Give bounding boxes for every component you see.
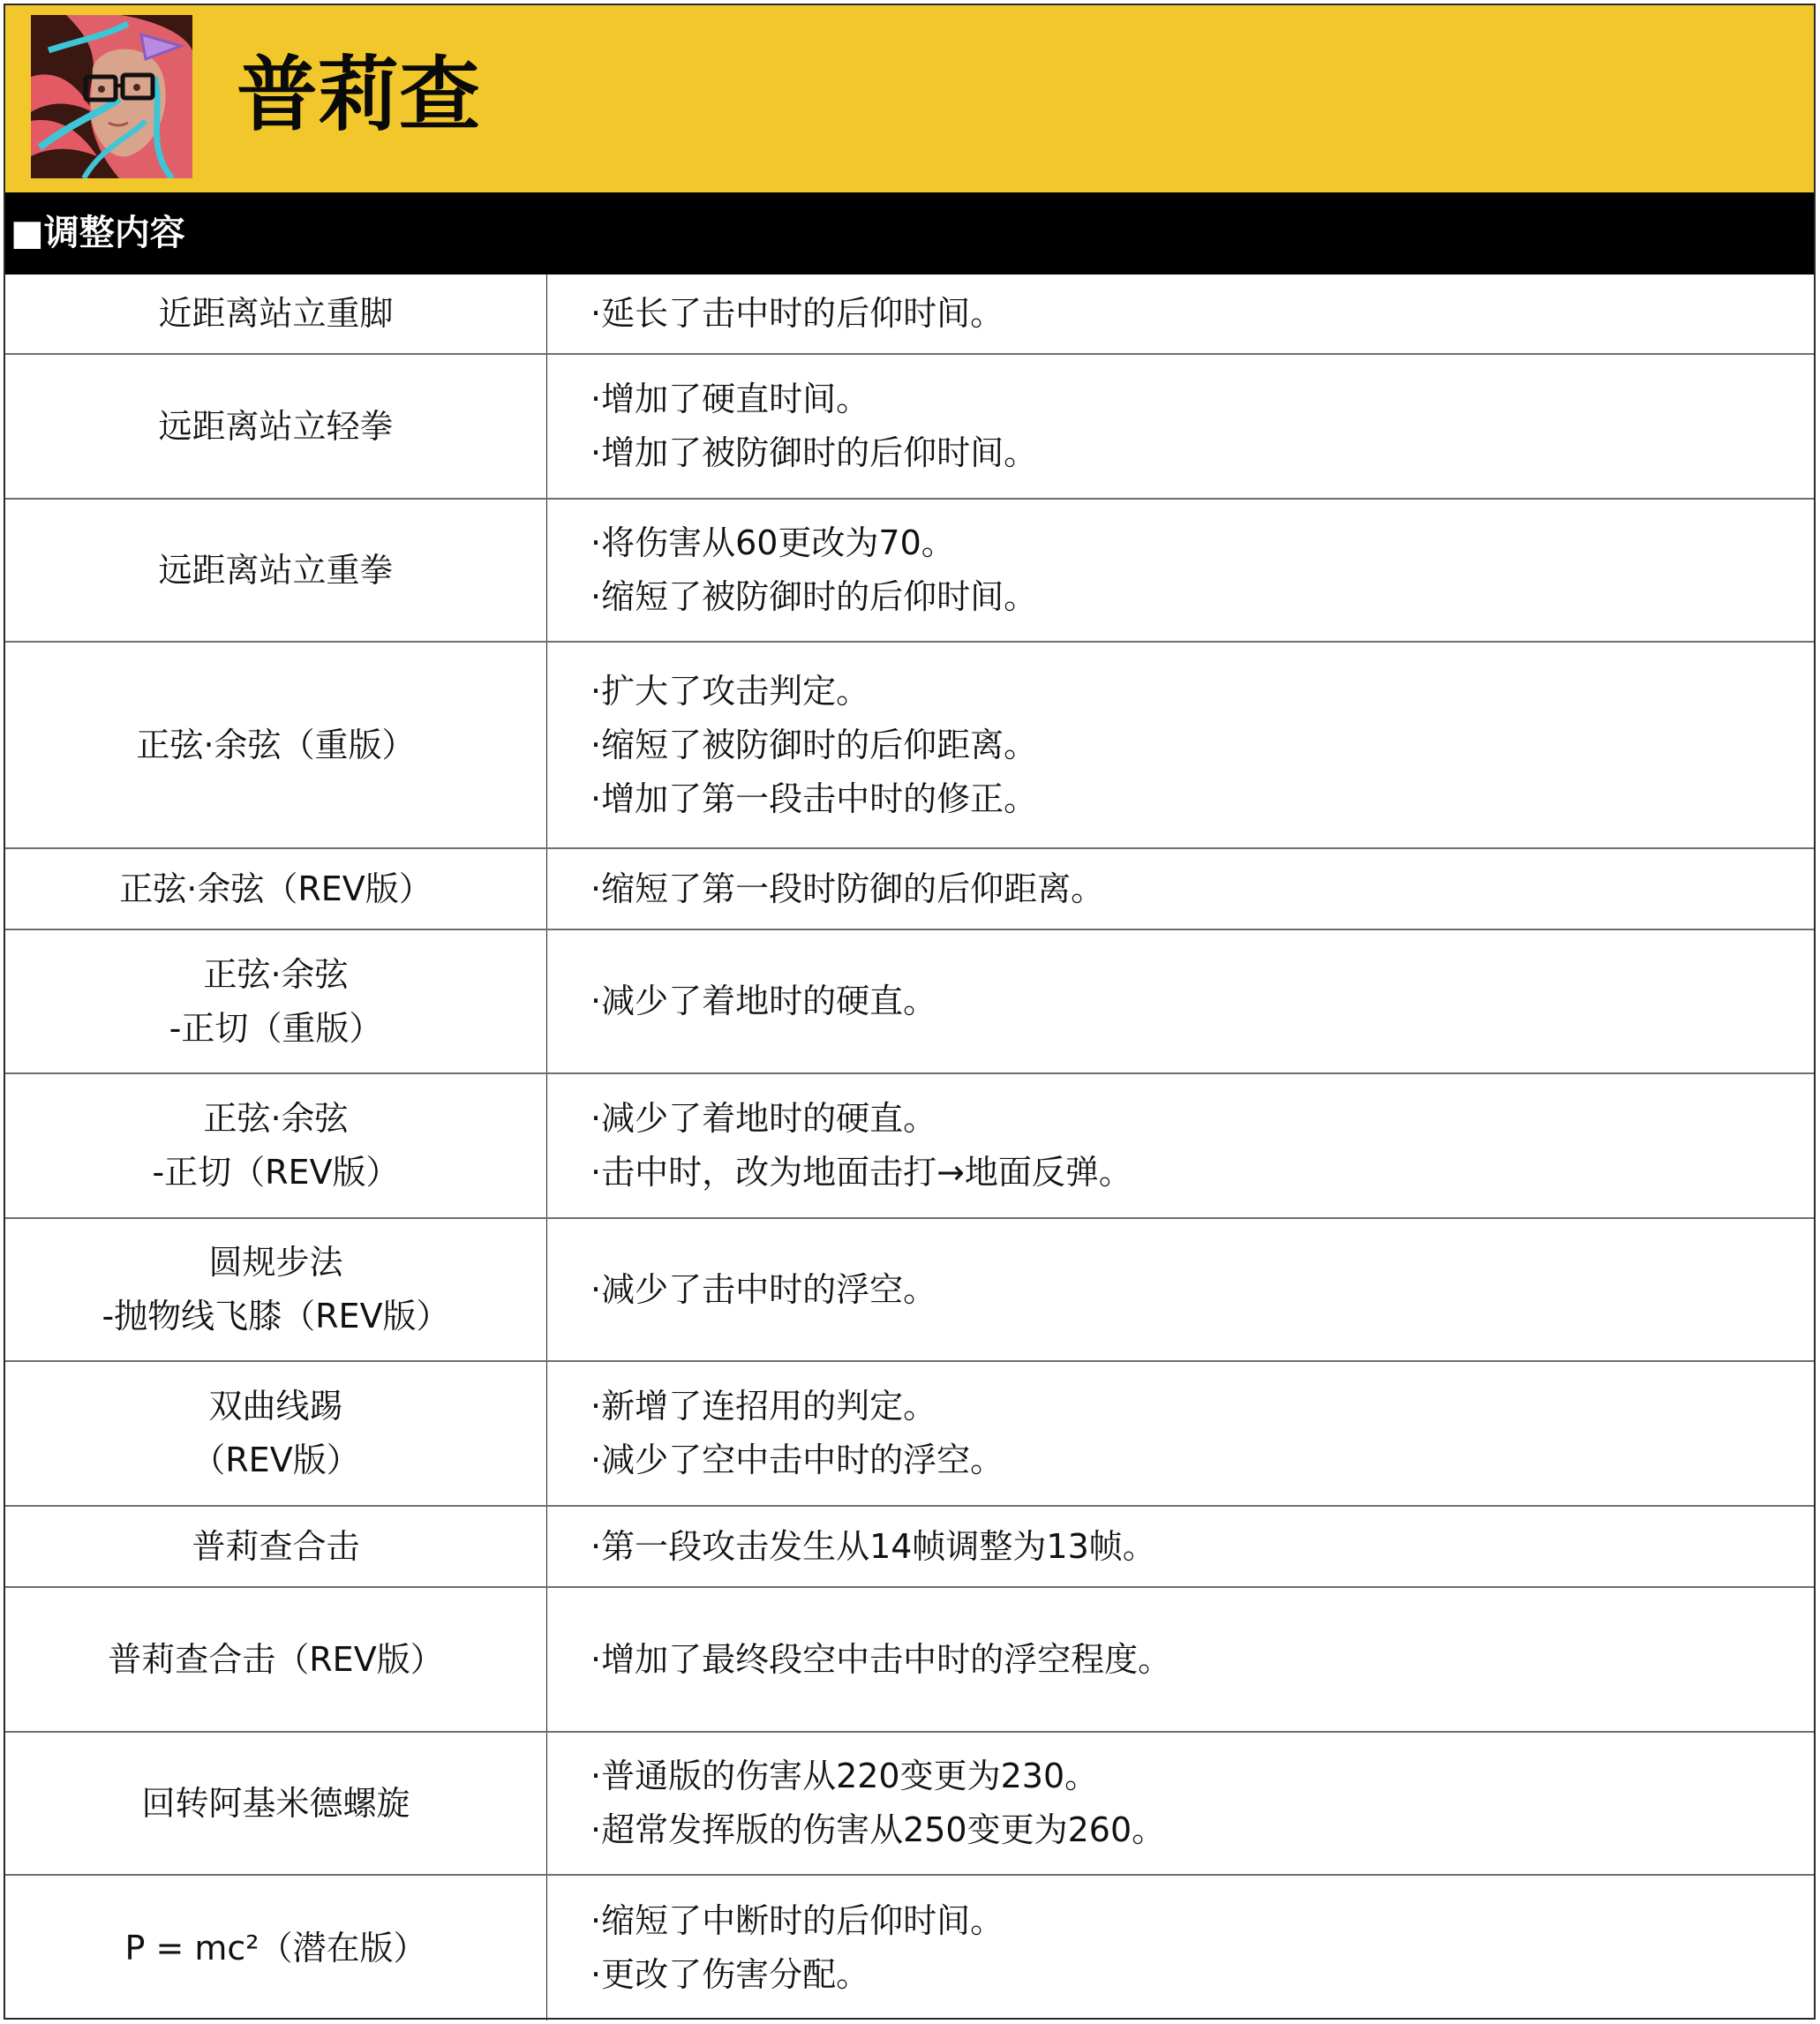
table-row: 正弦·余弦（REV版） ·缩短了第一段时防御的后仰距离。: [5, 849, 1814, 930]
table-row: 回转阿基米德螺旋 ·普通版的伤害从220变更为230。 ·超常发挥版的伤害从25…: [5, 1733, 1814, 1876]
move-name-cell: 圆规步法 -抛物线飞膝（REV版）: [5, 1219, 546, 1360]
change-description-cell: ·将伤害从60更改为70。 ·缩短了被防御时的后仰时间。: [590, 500, 1805, 641]
move-name: 正弦·余弦: [203, 1092, 348, 1146]
column-divider: [546, 849, 547, 929]
table-row: 近距离站立重脚 ·延长了击中时的后仰时间。: [5, 275, 1814, 355]
column-divider: [546, 1074, 547, 1217]
change-description-cell: ·减少了着地时的硬直。 ·击中时，改为地面击打→地面反弹。: [590, 1074, 1805, 1217]
move-name: 正弦·余弦: [203, 948, 348, 1002]
change-item: ·将伤害从60更改为70。: [590, 516, 1805, 570]
move-name-cell: 正弦·余弦（REV版）: [5, 849, 546, 929]
move-name-variant: （REV版）: [192, 1433, 359, 1487]
move-name-cell: 远距离站立重拳: [5, 500, 546, 641]
column-divider: [546, 1362, 547, 1505]
column-divider: [546, 355, 547, 498]
section-header-label: ■调整内容: [11, 212, 185, 254]
move-name: 正弦·余弦（重版）: [136, 719, 415, 772]
move-name: P = mc²（潜在版）: [124, 1922, 426, 1975]
change-item: ·新增了连招用的判定。: [590, 1380, 1805, 1433]
column-divider: [546, 1588, 547, 1731]
change-item: ·超常发挥版的伤害从250变更为260。: [590, 1803, 1805, 1857]
section-header-bar: [5, 192, 1814, 275]
change-description-cell: ·增加了最终段空中击中时的浮空程度。: [590, 1588, 1805, 1731]
table-row: 正弦·余弦 -正切（REV版） ·减少了着地时的硬直。 ·击中时，改为地面击打→…: [5, 1074, 1814, 1219]
move-name-variant: -正切（重版）: [169, 1002, 383, 1056]
table-row: 圆规步法 -抛物线飞膝（REV版） ·减少了击中时的浮空。: [5, 1219, 1814, 1362]
character-name-title: 普莉查: [237, 42, 480, 148]
change-item: ·缩短了第一段时防御的后仰距离。: [590, 862, 1805, 916]
move-name-cell: 近距离站立重脚: [5, 275, 546, 353]
move-name-cell: 回转阿基米德螺旋: [5, 1733, 546, 1874]
table-row: 双曲线踢 （REV版） ·新增了连招用的判定。 ·减少了空中击中时的浮空。: [5, 1362, 1814, 1507]
change-description-cell: ·第一段攻击发生从14帧调整为13帧。: [590, 1507, 1805, 1586]
table-row: 正弦·余弦 -正切（重版） ·减少了着地时的硬直。: [5, 930, 1814, 1074]
move-name-cell: 正弦·余弦 -正切（REV版）: [5, 1074, 546, 1217]
column-divider: [546, 500, 547, 641]
change-item: ·减少了着地时的硬直。: [590, 1092, 1805, 1146]
move-name-variant: -正切（REV版）: [152, 1146, 399, 1200]
move-name: 普莉查合击: [192, 1520, 359, 1574]
change-item: ·延长了击中时的后仰时间。: [590, 287, 1805, 341]
change-description-cell: ·扩大了攻击判定。 ·缩短了被防御时的后仰距离。 ·增加了第一段击中时的修正。: [590, 643, 1805, 847]
move-name: 双曲线踢: [208, 1380, 342, 1433]
change-description-cell: ·新增了连招用的判定。 ·减少了空中击中时的浮空。: [590, 1362, 1805, 1505]
change-description-cell: ·缩短了中断时的后仰时间。 ·更改了伤害分配。: [590, 1876, 1805, 2020]
change-description-cell: ·普通版的伤害从220变更为230。 ·超常发挥版的伤害从250变更为260。: [590, 1733, 1805, 1874]
move-name: 近距离站立重脚: [158, 287, 393, 341]
move-name: 远距离站立重拳: [158, 544, 393, 598]
move-name-cell: 普莉查合击: [5, 1507, 546, 1586]
change-item: ·增加了硬直时间。: [590, 372, 1805, 426]
move-name-cell: 远距离站立轻拳: [5, 355, 546, 498]
column-divider: [546, 1733, 547, 1874]
move-name-cell: 正弦·余弦（重版）: [5, 643, 546, 847]
table-row: 正弦·余弦（重版） ·扩大了攻击判定。 ·缩短了被防御时的后仰距离。 ·增加了第…: [5, 643, 1814, 849]
column-divider: [546, 1507, 547, 1586]
change-description-cell: ·减少了着地时的硬直。: [590, 930, 1805, 1072]
move-name-cell: 普莉查合击（REV版）: [5, 1588, 546, 1731]
table-row: P = mc²（潜在版） ·缩短了中断时的后仰时间。 ·更改了伤害分配。: [5, 1876, 1814, 2020]
change-item: ·增加了最终段空中击中时的浮空程度。: [590, 1633, 1805, 1687]
change-item: ·普通版的伤害从220变更为230。: [590, 1749, 1805, 1803]
column-divider: [546, 1876, 547, 2020]
change-item: ·第一段攻击发生从14帧调整为13帧。: [590, 1520, 1805, 1574]
change-item: ·减少了击中时的浮空。: [590, 1263, 1805, 1317]
table-row: 普莉查合击（REV版） ·增加了最终段空中击中时的浮空程度。: [5, 1588, 1814, 1733]
table-row: 普莉查合击 ·第一段攻击发生从14帧调整为13帧。: [5, 1507, 1814, 1588]
move-name-variant: -抛物线飞膝（REV版）: [102, 1290, 449, 1343]
change-description-cell: ·增加了硬直时间。 ·增加了被防御时的后仰时间。: [590, 355, 1805, 498]
change-item: ·增加了被防御时的后仰时间。: [590, 426, 1805, 480]
move-name-cell: 正弦·余弦 -正切（重版）: [5, 930, 546, 1072]
character-portrait-image: [31, 15, 192, 178]
change-item: ·缩短了被防御时的后仰时间。: [590, 570, 1805, 624]
change-item: ·击中时，改为地面击打→地面反弹。: [590, 1146, 1805, 1200]
column-divider: [546, 1219, 547, 1360]
change-item: ·扩大了攻击判定。: [590, 665, 1805, 719]
column-divider: [546, 643, 547, 847]
table-row: 远距离站立轻拳 ·增加了硬直时间。 ·增加了被防御时的后仰时间。: [5, 355, 1814, 500]
move-name-cell: P = mc²（潜在版）: [5, 1876, 546, 2020]
change-description-cell: ·延长了击中时的后仰时间。: [590, 275, 1805, 353]
move-name: 圆规步法: [208, 1236, 342, 1290]
change-item: ·减少了空中击中时的浮空。: [590, 1433, 1805, 1487]
move-name: 正弦·余弦（REV版）: [119, 862, 432, 916]
column-divider: [546, 930, 547, 1072]
column-divider: [546, 275, 547, 353]
move-name: 普莉查合击（REV版）: [108, 1633, 443, 1687]
move-name: 回转阿基米德螺旋: [141, 1777, 410, 1831]
table-row: 远距离站立重拳 ·将伤害从60更改为70。 ·缩短了被防御时的后仰时间。: [5, 500, 1814, 643]
move-name-cell: 双曲线踢 （REV版）: [5, 1362, 546, 1505]
change-item: ·更改了伤害分配。: [590, 1948, 1805, 2002]
change-description-cell: ·减少了击中时的浮空。: [590, 1219, 1805, 1360]
change-item: ·减少了着地时的硬直。: [590, 974, 1805, 1028]
change-item: ·缩短了被防御时的后仰距离。: [590, 719, 1805, 772]
change-description-cell: ·缩短了第一段时防御的后仰距离。: [590, 849, 1805, 929]
change-item: ·缩短了中断时的后仰时间。: [590, 1894, 1805, 1948]
move-name: 远距离站立轻拳: [158, 400, 393, 454]
change-item: ·增加了第一段击中时的修正。: [590, 772, 1805, 826]
